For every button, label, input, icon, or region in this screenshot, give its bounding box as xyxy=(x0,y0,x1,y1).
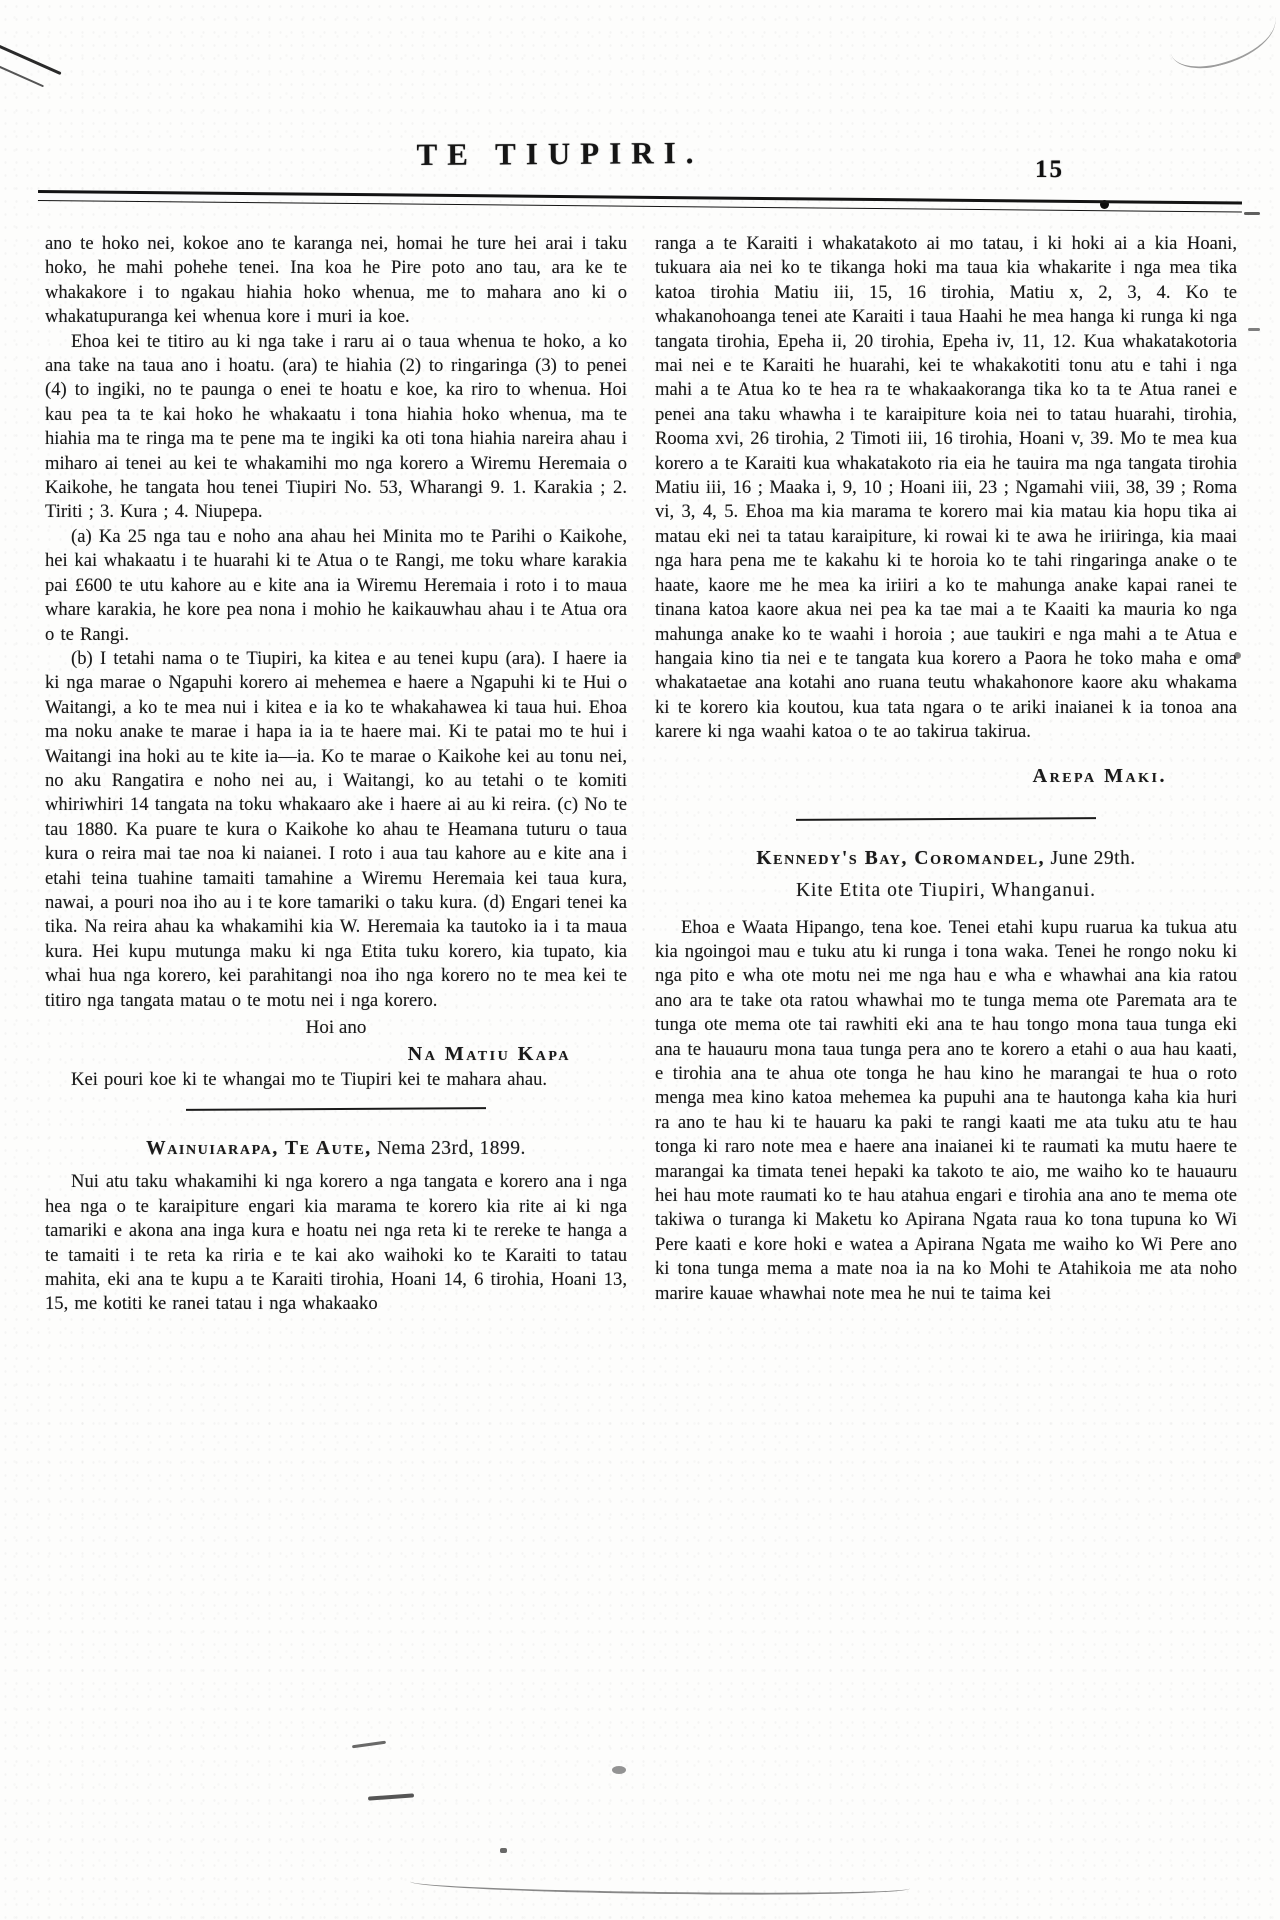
paragraph: Ehoa e Waata Hipango, tena koe. Tenei et… xyxy=(655,916,1237,1307)
newspaper-page: TE TIUPIRI. 15 ano te hoko nei, kokoe an… xyxy=(0,0,1280,1920)
signoff-author: Na Matiu Kapa xyxy=(45,1043,571,1066)
scan-artifact xyxy=(410,1873,910,1896)
scan-artifact xyxy=(0,63,44,88)
scan-artifact xyxy=(1248,328,1260,331)
heading-placename: Wainuiarapa, Te Aute, xyxy=(146,1138,372,1159)
section-heading-wainuiarapa: Wainuiarapa, Te Aute, Nema 23rd, 1899. xyxy=(45,1138,627,1160)
page-number: 15 xyxy=(1035,156,1064,184)
signature-arepa-maki: Arepa Maki. xyxy=(655,765,1167,788)
scan-artifact xyxy=(352,1741,386,1749)
scan-artifact xyxy=(368,1793,414,1800)
paragraph: Nui atu taku whakamihi ki nga korero a n… xyxy=(45,1170,627,1316)
section-heading-kennedys-bay: Kennedy's Bay, Coromandel, June 29th. xyxy=(655,848,1237,870)
paragraph: (b) I tetahi nama o te Tiupiri, ka kitea… xyxy=(45,647,627,1013)
heading-date: June 29th. xyxy=(1045,848,1136,869)
masthead: TE TIUPIRI. 15 xyxy=(0,128,1280,198)
paragraph: (a) Ka 25 nga tau e noho ana ahau hei Mi… xyxy=(45,525,627,647)
paragraph: Kei pouri koe ki te whangai mo te Tiupir… xyxy=(45,1068,627,1092)
scan-artifact xyxy=(500,1848,507,1853)
signoff-closing: Hoi ano xyxy=(45,1017,627,1039)
paragraph: ranga a te Karaiti i whakatakoto ai mo t… xyxy=(655,232,1237,745)
scan-artifact xyxy=(612,1766,626,1774)
section-divider-rule xyxy=(796,817,1096,821)
article-columns: ano te hoko nei, kokoe ano te karanga ne… xyxy=(45,232,1237,1317)
heading-placename: Kennedy's Bay, Coromandel, xyxy=(756,848,1045,869)
paragraph: ano te hoko nei, kokoe ano te karanga ne… xyxy=(45,232,627,330)
letter-salutation-line: Kite Etita ote Tiupiri, Whanganui. xyxy=(655,880,1237,902)
scan-artifact xyxy=(1244,212,1260,215)
right-column: ranga a te Karaiti i whakatakoto ai mo t… xyxy=(655,232,1237,1317)
left-column: ano te hoko nei, kokoe ano te karanga ne… xyxy=(45,232,627,1317)
section-divider-rule xyxy=(186,1107,486,1111)
heading-date: Nema 23rd, 1899. xyxy=(372,1138,526,1159)
paper-title: TE TIUPIRI. xyxy=(350,135,770,174)
scan-artifact xyxy=(1163,0,1280,76)
paragraph: Ehoa kei te titiro au ki nga take i raru… xyxy=(45,330,627,525)
